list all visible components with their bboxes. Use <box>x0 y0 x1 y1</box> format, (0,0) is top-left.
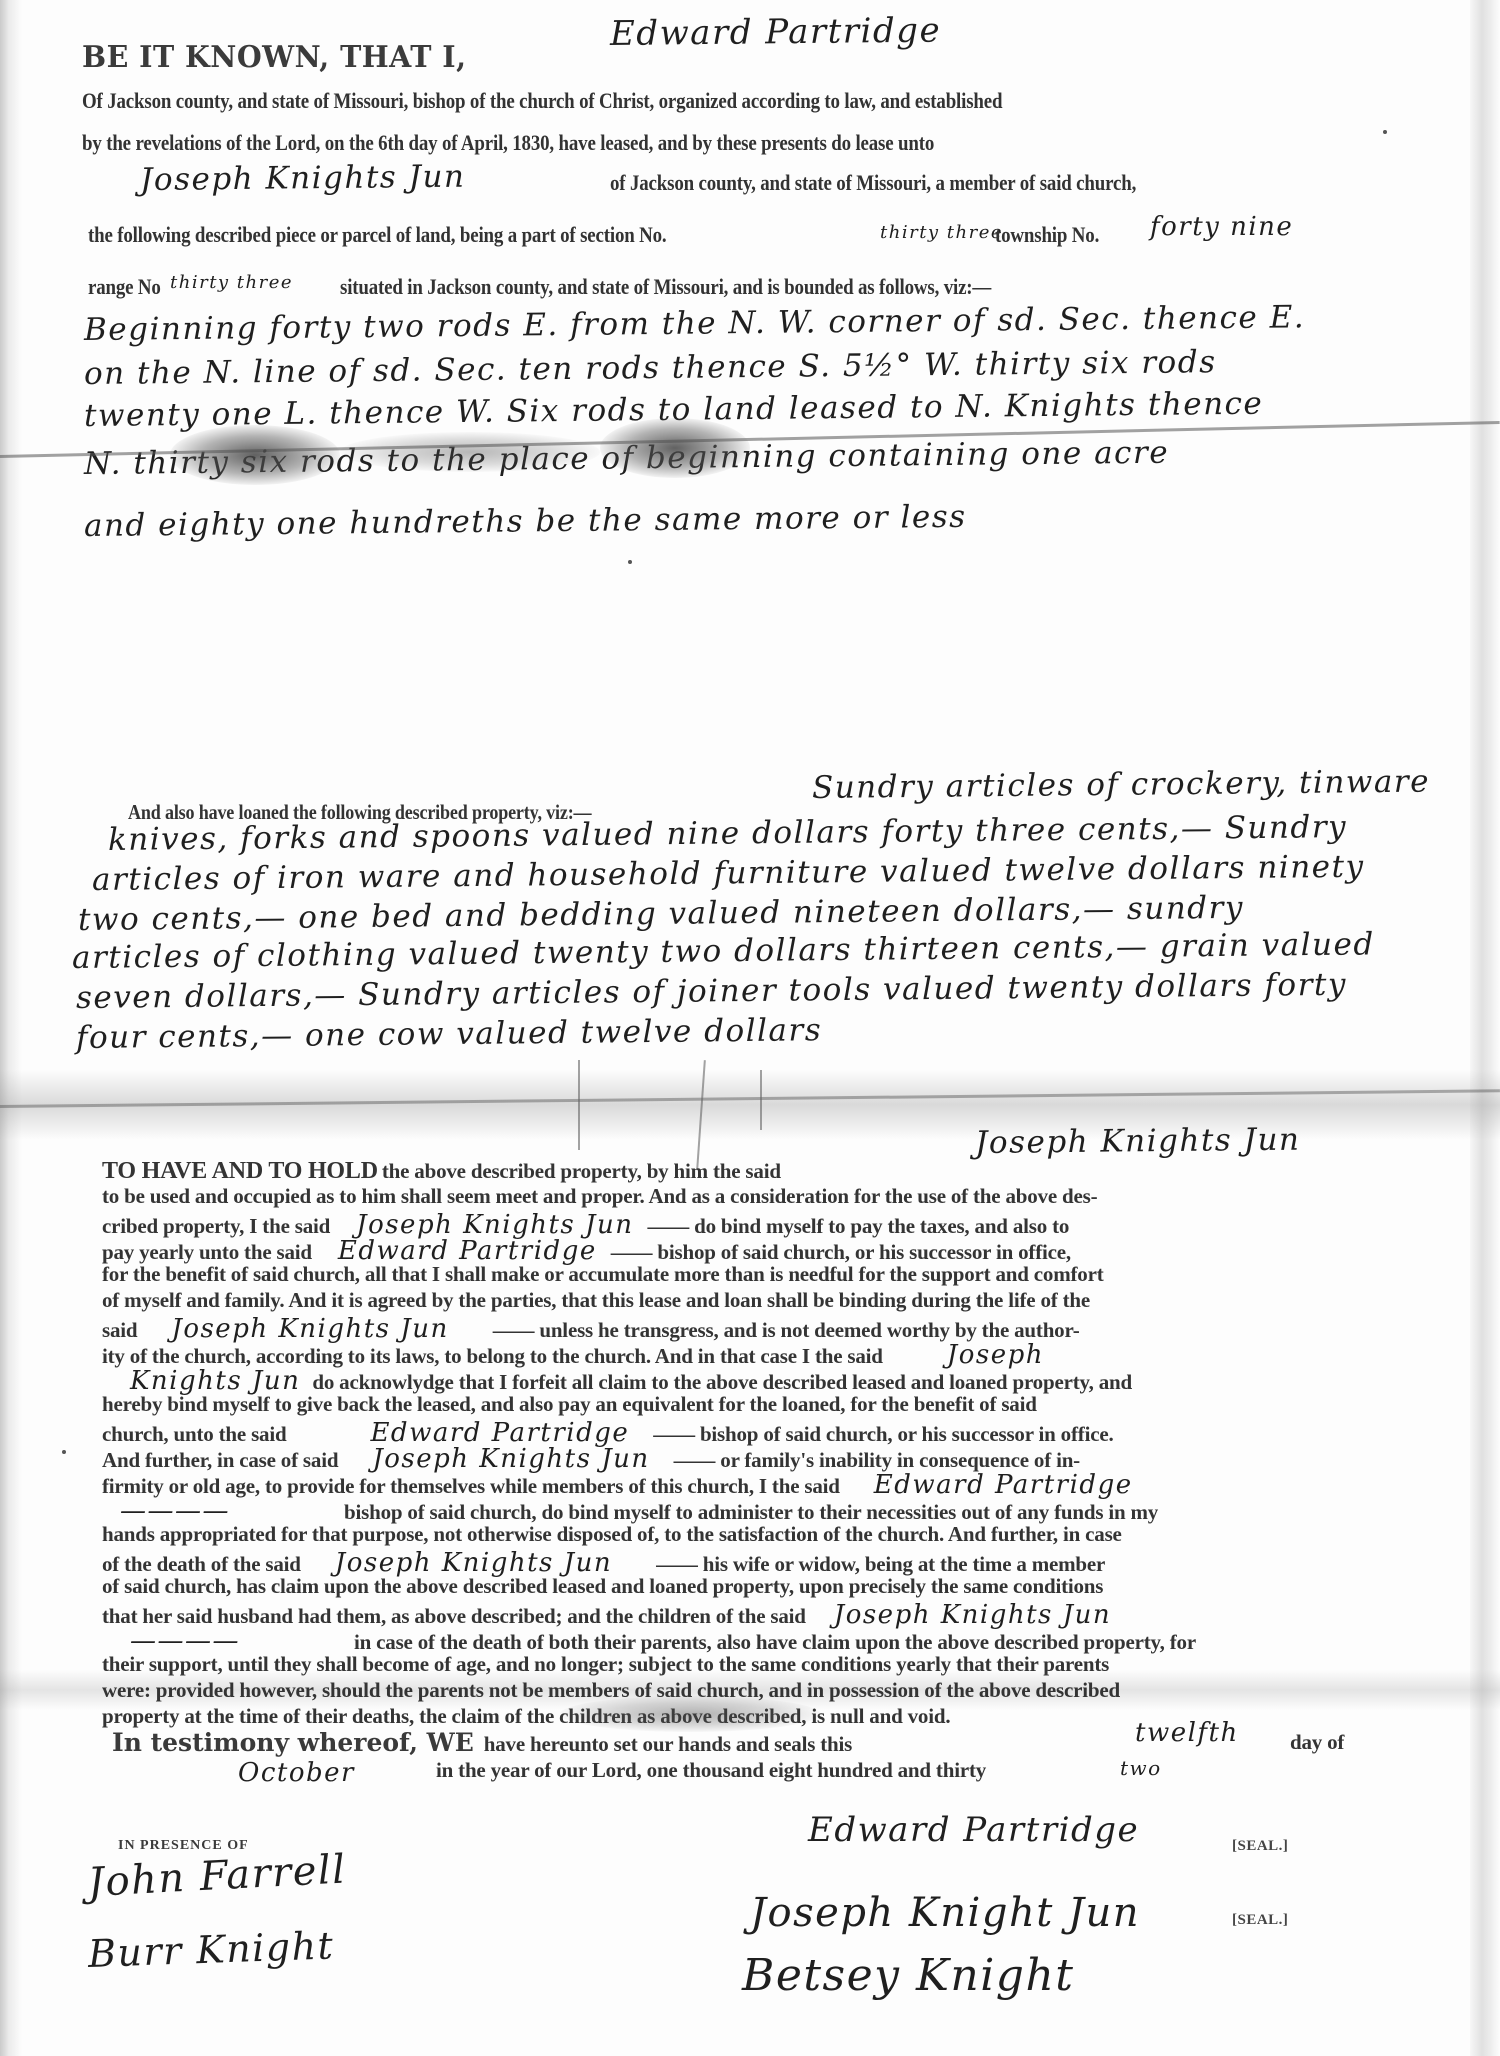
terms-text: —— bishop of said church, or his success… <box>653 1422 1113 1446</box>
loaned-property-line: seven dollars,— Sundry articles of joine… <box>76 967 1347 1016</box>
terms-text: bishop of said church, do bind myself to… <box>344 1500 1158 1524</box>
paper-crack <box>578 1060 580 1150</box>
terms-text: —— or family's inability in consequence … <box>674 1448 1080 1472</box>
boundary-line: and eighty one hundreths be the same mor… <box>84 499 967 544</box>
document-heading: BE IT KNOWN, THAT I, <box>82 40 466 75</box>
terms-text: cribed property, I the said <box>102 1214 330 1238</box>
seal-label: [SEAL.] <box>1232 1838 1288 1855</box>
testimony-line-1: In testimony whereof, WE have hereunto s… <box>112 1728 852 1757</box>
seal-label: [SEAL.] <box>1232 1912 1288 1929</box>
scan-edge-right <box>1470 0 1500 2056</box>
month-handwritten: October <box>238 1758 355 1788</box>
terms-handwritten-name: Joseph Knights Jun <box>975 1122 1301 1161</box>
terms-line: property at the time of their deaths, th… <box>102 1704 950 1729</box>
ink-smudge <box>560 1696 820 1732</box>
party-signature-betsey-knight: Betsey Knight <box>742 1950 1074 2001</box>
terms-text: —— do bind myself to pay the taxes, and … <box>647 1214 1069 1238</box>
terms-heading: TO HAVE AND TO HOLD <box>102 1158 378 1184</box>
scan-speck <box>62 1450 66 1454</box>
preamble-line-4: the following described piece or parcel … <box>88 222 761 248</box>
terms-text: —— unless he transgress, and is not deem… <box>493 1318 1080 1342</box>
scan-speck <box>628 560 632 564</box>
paper-crack <box>760 1070 762 1130</box>
scan-speck <box>1383 130 1387 134</box>
range-label: range No <box>88 274 161 300</box>
terms-text: ity of the church, according to its laws… <box>102 1344 883 1368</box>
terms-text: church, unto the said <box>102 1422 286 1446</box>
witness-signature: John Farrell <box>87 1846 348 1905</box>
terms-line: to be used and occupied as to him shall … <box>102 1184 1097 1209</box>
terms-text: —— his wife or widow, being at the time … <box>656 1552 1105 1576</box>
party-signature-edward-partridge: Edward Partridge <box>808 1810 1139 1850</box>
year-handwritten: two <box>1120 1756 1162 1780</box>
ink-smudge <box>170 425 340 485</box>
preamble-line-3: of Jackson county, and state of Missouri… <box>610 170 1136 196</box>
terms-text: pay yearly unto the said <box>102 1240 312 1264</box>
scan-edge-left <box>0 0 22 2056</box>
section-label: the following described piece or parcel … <box>88 222 666 248</box>
terms-text: in case of the death of both their paren… <box>354 1630 1196 1654</box>
testimony-text: have hereunto set our hands and seals th… <box>484 1732 852 1756</box>
preamble-line-5: situated in Jackson county, and state of… <box>340 274 991 300</box>
terms-text: firmity or old age, to provide for thems… <box>102 1474 840 1498</box>
terms-text: do acknowlydge that I forfeit all claim … <box>312 1370 1132 1394</box>
loaned-property-line: four cents,— one cow valued twelve dolla… <box>76 1012 823 1056</box>
lessee-name-handwritten: Joseph Knights Jun <box>140 159 466 198</box>
terms-line: for the benefit of said church, all that… <box>102 1262 1104 1287</box>
boundary-line: on the N. line of sd. Sec. ten rods then… <box>84 344 1217 392</box>
terms-text: the above described property, by him the… <box>382 1159 781 1183</box>
testimony-lead: In testimony whereof, WE <box>112 1728 474 1757</box>
terms-text: —— bishop of said church, or his success… <box>611 1240 1071 1264</box>
terms-line: of myself and family. And it is agreed b… <box>102 1288 1090 1313</box>
terms-text: of the death of the said <box>102 1552 301 1576</box>
loaned-property-first-line: Sundry articles of crockery, tinware <box>812 764 1430 806</box>
township-label: township No. <box>995 222 1099 248</box>
section-number-handwritten: thirty three <box>880 222 1003 243</box>
terms-text: that her said husband had them, as above… <box>102 1604 806 1628</box>
witness-signature: Burr Knight <box>87 1923 335 1976</box>
terms-line: hereby bind myself to give back the leas… <box>102 1392 1037 1417</box>
range-number-handwritten: thirty three <box>170 272 293 293</box>
boundary-line: Beginning forty two rods E. from the N. … <box>84 299 1305 348</box>
preamble-line-1: Of Jackson county, and state of Missouri… <box>82 88 1002 114</box>
terms-line: of said church, has claim upon the above… <box>102 1574 1103 1599</box>
terms-line: hands appropriated for that purpose, not… <box>102 1522 1122 1547</box>
terms-text: And further, in case of said <box>102 1448 338 1472</box>
terms-line-1: TO HAVE AND TO HOLD the above described … <box>102 1158 781 1185</box>
preamble-line-2: by the revelations of the Lord, on the 6… <box>82 130 934 156</box>
terms-text: said <box>102 1318 137 1342</box>
testimony-year-text: in the year of our Lord, one thousand ei… <box>436 1758 986 1783</box>
party-signature-joseph-knight: Joseph Knight Jun <box>750 1890 1140 1936</box>
day-handwritten: twelfth <box>1135 1718 1239 1748</box>
lessor-name-handwritten: Edward Partridge <box>610 11 942 54</box>
testimony-day-of: day of <box>1290 1730 1344 1755</box>
scanned-document-page: BE IT KNOWN, THAT I, Edward Partridge Of… <box>0 0 1500 2056</box>
township-number-handwritten: forty nine <box>1150 212 1293 242</box>
ink-smudge <box>340 432 600 472</box>
ink-smudge <box>600 418 750 478</box>
